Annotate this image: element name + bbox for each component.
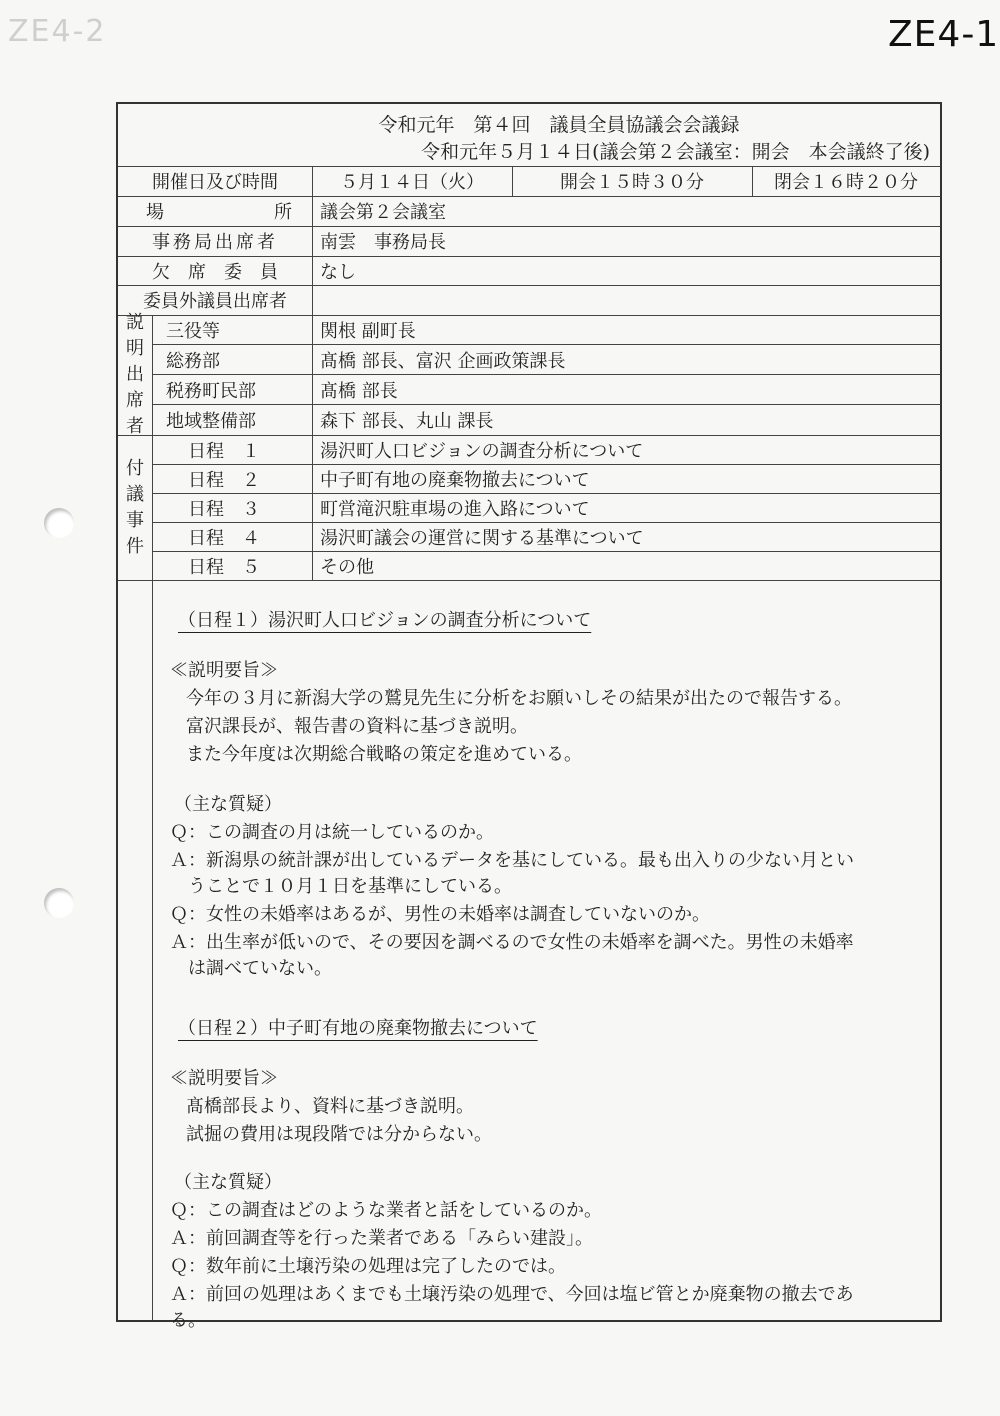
attendees: 髙橋 部長 (320, 375, 398, 404)
qa-line: Ｑ：数年前に土壌汚染の処理は完了したのでは。 (170, 1254, 566, 1280)
agenda-title: 湯沢町人口ビジョンの調査分析について (320, 436, 643, 464)
dept-name: 地域整備部 (166, 405, 256, 435)
document-title: 令和元年 第４回 議員全員協議会会議録 (118, 110, 940, 137)
qa-line: うことで１０月１日を基準にしている。 (170, 874, 512, 900)
section-heading: （日程２）中子町有地の廃棄物撤去について (178, 1016, 538, 1042)
qa-line: Ｑ：この調査の月は統一しているのか。 (170, 820, 494, 846)
summary-line: 髙橋部長より、資料に基づき説明。 (186, 1094, 474, 1120)
absent-value: なし (320, 256, 356, 285)
summary-label: ≪説明要旨≫ (170, 1066, 278, 1092)
summary-line: また今年度は次期総合戦略の策定を進めている。 (186, 742, 582, 768)
agenda-block: 付 議 事 件 日程 １ 湯沢町人口ビジョンの調査分析について 日程 ２ 中子町… (118, 436, 940, 581)
title-row: 令和元年 第４回 議員全員協議会会議録 令和元年５月１４日(議会第２会議室：開会… (118, 104, 940, 167)
attendees: 髙橋 部長、富沢 企画政策課長 (320, 345, 565, 374)
qa-line: は調べていない。 (170, 956, 332, 982)
explainer-row: 税務町民部 髙橋 部長 (152, 375, 940, 405)
minutes-table: 令和元年 第４回 議員全員協議会会議録 令和元年５月１４日(議会第２会議室：開会… (116, 102, 942, 1322)
absent-label: 欠 席 委 員 (118, 256, 312, 285)
agenda-title: 町営滝沢駐車場の進入路について (320, 494, 590, 522)
qa-line: Ｑ：女性の未婚率はあるが、男性の未婚率は調査していないのか。 (170, 902, 710, 928)
agenda-number: 日程 ５ (188, 552, 260, 580)
summary-line: 今年の３月に新潟大学の鷲見先生に分析をお願いしその結果が出たので報告する。 (186, 686, 852, 712)
nonmember-row: 委員外議員出席者 (118, 285, 940, 316)
qa-line: Ａ：出生率が低いので、その要因を調べるので女性の未婚率を調べた。男性の未婚率 (170, 930, 854, 956)
agenda-row: 日程 ２ 中子町有地の廃棄物撤去について (152, 465, 940, 494)
place-value: 議会第２会議室 (320, 196, 446, 226)
agenda-number: 日程 １ (188, 436, 260, 464)
dept-name: 三役等 (166, 315, 220, 344)
place-label-a: 場 (146, 196, 186, 226)
qa-label: （主な質疑） (174, 1170, 282, 1196)
explainer-row: 総務部 髙橋 部長、富沢 企画政策課長 (152, 345, 940, 375)
punch-hole-bottom (44, 888, 74, 918)
agenda-group-label: 付 議 事 件 (118, 436, 152, 580)
explainers-group-label: 説 明 出 席 者 (118, 315, 152, 435)
qa-label: （主な質疑） (174, 792, 282, 818)
qa-line: Ａ：前回調査等を行った業者である「みらい建設」。 (170, 1226, 593, 1252)
place-row: 場 所 議会第２会議室 (118, 196, 940, 227)
agenda-number: 日程 ２ (188, 465, 260, 493)
agenda-title: その他 (320, 552, 374, 580)
agenda-title: 中子町有地の廃棄物撤去について (320, 465, 590, 493)
agenda-row: 日程 １ 湯沢町人口ビジョンの調査分析について (152, 436, 940, 465)
summary-line: 富沢課長が、報告書の資料に基づき説明。 (186, 714, 528, 740)
body-left-column (152, 580, 153, 1320)
explainer-row: 三役等 関根 副町長 (152, 315, 940, 345)
explainers-block: 説 明 出 席 者 三役等 関根 副町長 総務部 髙橋 部長、富沢 企画政策課長… (118, 315, 940, 436)
agenda-row: 日程 ５ その他 (152, 552, 940, 580)
qa-line: Ａ：新潟県の統計課が出しているデータを基にしている。最も出入りの少ない月とい (170, 848, 854, 874)
bleed-through-mark: ZE4-2 (8, 14, 107, 49)
agenda-number: 日程 ４ (188, 523, 260, 551)
secretariat-row: 事務局出席者 南雲 事務局長 (118, 226, 940, 257)
agenda-row: 日程 ４ 湯沢町議会の運営に関する基準について (152, 523, 940, 552)
datetime-row: 開催日及び時間 ５月１４日（火） 開会１５時３０分 閉会１６時２０分 (118, 166, 940, 197)
datetime-label: 開催日及び時間 (118, 166, 312, 196)
qa-line: る。 (170, 1308, 206, 1334)
absent-row: 欠 席 委 員 なし (118, 256, 940, 286)
qa-line: Ａ：前回の処理はあくまでも土壌汚染の処理で、今回は塩ビ管とか廃棄物の撤去であ (170, 1282, 854, 1308)
page-stamp: ZE4-1 (888, 14, 999, 55)
agenda-row: 日程 ３ 町営滝沢駐車場の進入路について (152, 494, 940, 523)
place-label-b: 所 (274, 196, 304, 226)
dept-name: 総務部 (166, 345, 220, 374)
meeting-date: ５月１４日（火） (312, 166, 512, 196)
document-subtitle: 令和元年５月１４日(議会第２会議室：開会 本会議終了後) (421, 137, 930, 164)
dept-name: 税務町民部 (166, 375, 256, 404)
attendees: 関根 副町長 (320, 315, 416, 344)
secretariat-value: 南雲 事務局長 (320, 226, 446, 256)
open-time: 開会１５時３０分 (512, 166, 752, 196)
summary-label: ≪説明要旨≫ (170, 658, 278, 684)
punch-hole-top (44, 508, 74, 538)
qa-line: Ｑ：この調査はどのような業者と話をしているのか。 (170, 1198, 602, 1224)
secretariat-label: 事務局出席者 (118, 226, 312, 256)
attendees: 森下 部長、丸山 課長 (320, 405, 493, 435)
summary-line: 試掘の費用は現段階では分からない。 (186, 1122, 492, 1148)
close-time: 閉会１６時２０分 (752, 166, 940, 196)
agenda-title: 湯沢町議会の運営に関する基準について (320, 523, 644, 551)
explainer-row: 地域整備部 森下 部長、丸山 課長 (152, 405, 940, 435)
nonmember-label: 委員外議員出席者 (118, 285, 312, 315)
section-heading: （日程１）湯沢町人口ビジョンの調査分析について (178, 608, 591, 634)
agenda-number: 日程 ３ (188, 494, 260, 522)
